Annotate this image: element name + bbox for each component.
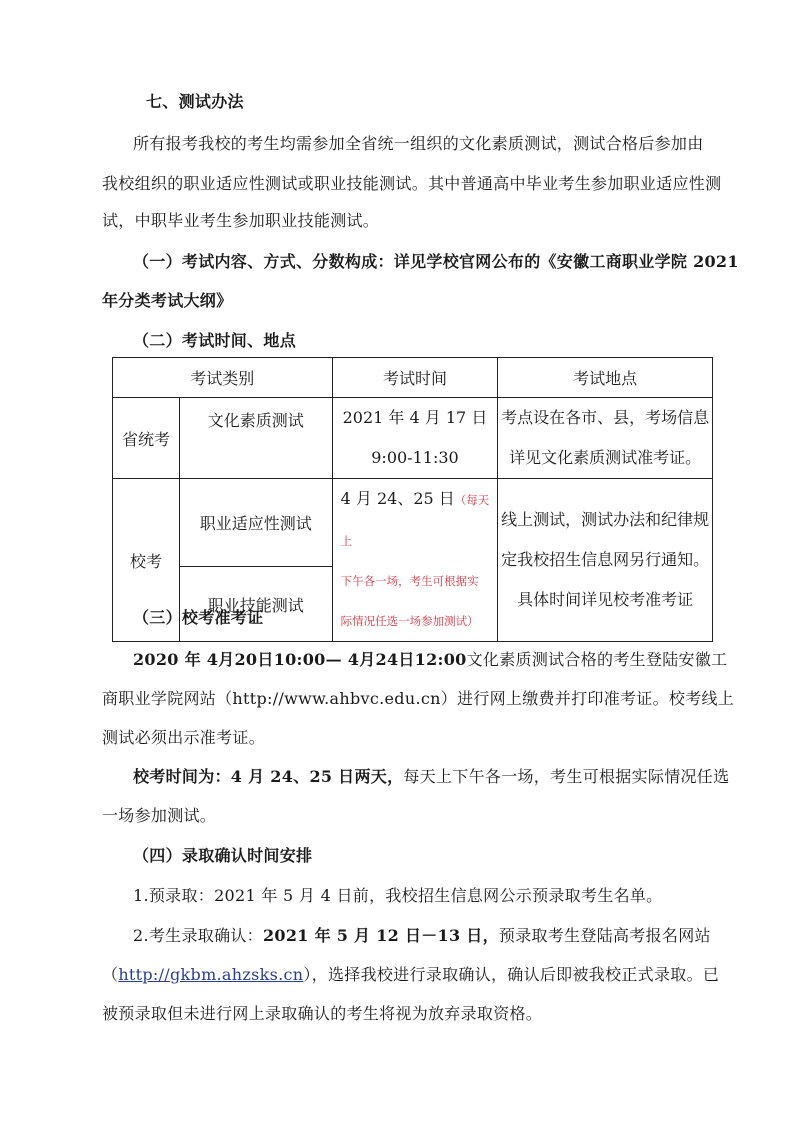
place-school-line-1: 线上测试，测试办法和纪律规 <box>498 500 712 540</box>
exam-schedule-table: 考试类别 考试时间 考试地点 省统考 文化素质测试 2021 年 4 月 17 … <box>112 357 713 642</box>
time-provincial-date: 2021 年 4 月 17 日 <box>333 398 498 438</box>
intro-line-3: 试，中职毕业考生参加职业技能测试。 <box>102 211 379 231</box>
sub4-item-2-rest: 预录取考生登陆高考报名网站 <box>499 926 711 945</box>
header-place: 考试地点 <box>498 358 713 398</box>
place-provincial-line-2: 详见文化素质测试准考证。 <box>498 438 712 478</box>
sub1-line-1: （一）考试内容、方式、分数构成：详见学校官网公布的《安徽工商职业学院 2021 <box>133 252 739 272</box>
sub4-item-2-line-2: （http://gkbm.ahzsks.cn），选择我校进行录取确认，确认后即被… <box>102 965 719 985</box>
sub4-item-2-line-3: 被预录取但未进行网上录取确认的考生将视为放弃录取资格。 <box>102 1004 542 1024</box>
time-school-note-2: 下午各一场，考生可根据实 <box>341 561 498 601</box>
place-school-line-3: 具体时间详见校考准考证 <box>498 580 712 620</box>
place-provincial-line-1: 考点设在各市、县，考场信息 <box>498 398 712 438</box>
sub4-item-2-prefix: 2.考生录取确认： <box>133 926 263 945</box>
sub2-heading: （二）考试时间、地点 <box>133 331 296 351</box>
sub4-heading: （四）录取确认时间安排 <box>133 846 312 866</box>
sub3-heading: （三）校考准考证 <box>133 608 263 628</box>
gkbm-link[interactable]: http://gkbm.ahzsks.cn <box>118 965 303 984</box>
group-provincial: 省统考 <box>113 398 180 479</box>
header-time: 考试时间 <box>332 358 498 398</box>
time-provincial: 2021 年 4 月 17 日 9:00-11:30 <box>332 398 498 479</box>
time-provincial-hours: 9:00-11:30 <box>333 438 498 478</box>
place-school: 线上测试，测试办法和纪律规 定我校招生信息网另行通知。 具体时间详见校考准考证 <box>498 479 713 642</box>
place-school-line-2: 定我校招生信息网另行通知。 <box>498 540 712 580</box>
paren-open: （ <box>102 965 118 984</box>
sub3-line-1-rest: 文化素质测试合格的考生登陆安徽工 <box>467 650 728 669</box>
time-school-note-3: 际情况任选一场参加测试） <box>341 601 498 641</box>
school-exam-time-line-1: 校考时间为：4 月 24、25 日两天，每天上下午各一场，考生可根据实际情况任选 <box>133 767 729 787</box>
time-school: 4 月 24、25 日（每天上 下午各一场，考生可根据实 际情况任选一场参加测试… <box>332 479 498 642</box>
test-culture: 文化素质测试 <box>179 398 332 479</box>
intro-line-2: 我校组织的职业适应性测试或职业技能测试。其中普通高中毕业考生参加职业适应性测 <box>102 174 721 194</box>
section-heading: 七、测试办法 <box>146 92 244 112</box>
time-school-main: 4 月 24、25 日 <box>341 489 455 508</box>
sub4-item-2-after: ），选择我校进行录取确认，确认后即被我校正式录取。已 <box>303 965 719 984</box>
test-aptitude: 职业适应性测试 <box>179 479 332 567</box>
sub4-item-1: 1.预录取：2021 年 5 月 4 日前，我校招生信息网公示预录取考生名单。 <box>133 886 662 906</box>
table-header-row: 考试类别 考试时间 考试地点 <box>113 358 713 398</box>
time-school-line-1: 4 月 24、25 日（每天上 <box>341 479 498 561</box>
school-exam-time-rest: 每天上下午各一场，考生可根据实际情况任选 <box>403 767 729 786</box>
sub3-line-3: 测试必须出示准考证。 <box>102 728 265 748</box>
test-skills: 职业技能测试 <box>179 567 332 642</box>
table-row-school-1: 校考 职业适应性测试 4 月 24、25 日（每天上 下午各一场，考生可根据实 … <box>113 479 713 567</box>
sub4-item-2-dates: 2021 年 5 月 12 日－13 日， <box>263 926 499 945</box>
sub3-line-2: 商职业学院网站（http://www.ahbvc.edu.cn）进行网上缴费并打… <box>102 689 734 709</box>
table-row-provincial: 省统考 文化素质测试 2021 年 4 月 17 日 9:00-11:30 考点… <box>113 398 713 479</box>
school-exam-time-bold: 校考时间为：4 月 24、25 日两天， <box>133 767 403 786</box>
sub3-line-1: 2020 年 4月20日10:00— 4月24日12:00文化素质测试合格的考生… <box>133 650 727 670</box>
place-provincial: 考点设在各市、县，考场信息 详见文化素质测试准考证。 <box>498 398 713 479</box>
school-exam-time-line-2: 一场参加测试。 <box>102 806 216 826</box>
sub1-line-2: 年分类考试大纲》 <box>102 291 232 311</box>
intro-line-1: 所有报考我校的考生均需参加全省统一组织的文化素质测试，测试合格后参加由 <box>133 134 704 154</box>
sub3-line-1-dates: 2020 年 4月20日10:00— 4月24日12:00 <box>133 650 467 669</box>
header-category: 考试类别 <box>113 358 333 398</box>
sub4-item-2-line-1: 2.考生录取确认：2021 年 5 月 12 日－13 日，预录取考生登陆高考报… <box>133 926 711 946</box>
